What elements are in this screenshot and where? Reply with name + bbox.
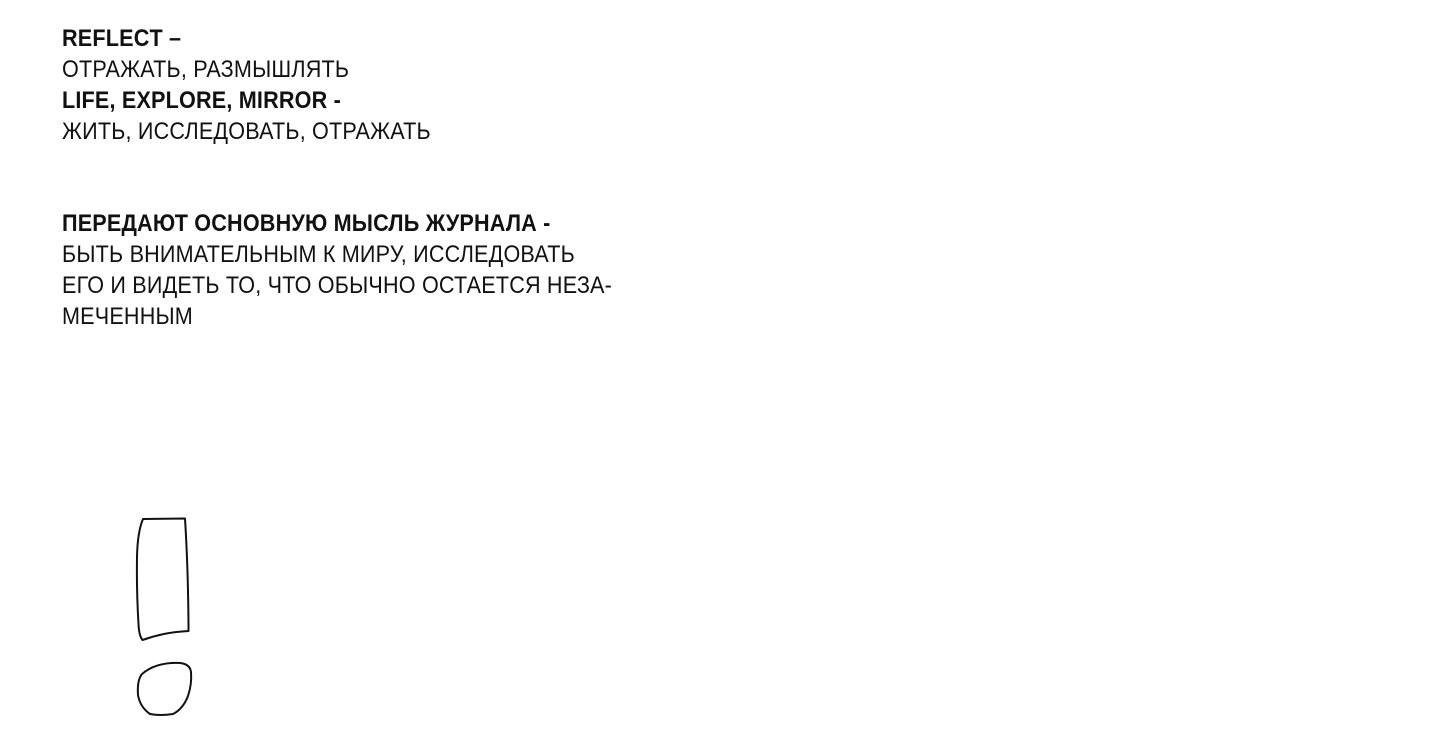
concept-body-line: МЕЧЕННЫМ xyxy=(62,301,612,332)
exclamation-dot xyxy=(138,663,191,715)
vocabulary-block: REFLECT – ОТРАЖАТЬ, РАЗМЫШЛЯТЬ LIFE, EXP… xyxy=(62,23,431,147)
exclamation-bar xyxy=(137,519,189,641)
concept-body-line: БЫТЬ ВНИМАТЕЛЬНЫМ К МИРУ, ИССЛЕДОВАТЬ xyxy=(62,239,612,270)
term-reflect: REFLECT – xyxy=(62,23,431,54)
translation-reflect: ОТРАЖАТЬ, РАЗМЫШЛЯТЬ xyxy=(62,54,431,85)
term-life-explore-mirror: LIFE, EXPLORE, MIRROR - xyxy=(62,85,431,116)
translation-life-explore-mirror: ЖИТЬ, ИССЛЕДОВАТЬ, ОТРАЖАТЬ xyxy=(62,116,431,147)
exclamation-mark-icon xyxy=(130,512,200,722)
concept-heading: ПЕРЕДАЮТ ОСНОВНУЮ МЫСЛЬ ЖУРНАЛА - xyxy=(62,208,612,239)
concept-body-line: ЕГО И ВИДЕТЬ ТО, ЧТО ОБЫЧНО ОСТАЕТСЯ НЕЗ… xyxy=(62,270,612,301)
concept-block: ПЕРЕДАЮТ ОСНОВНУЮ МЫСЛЬ ЖУРНАЛА - БЫТЬ В… xyxy=(62,208,612,332)
